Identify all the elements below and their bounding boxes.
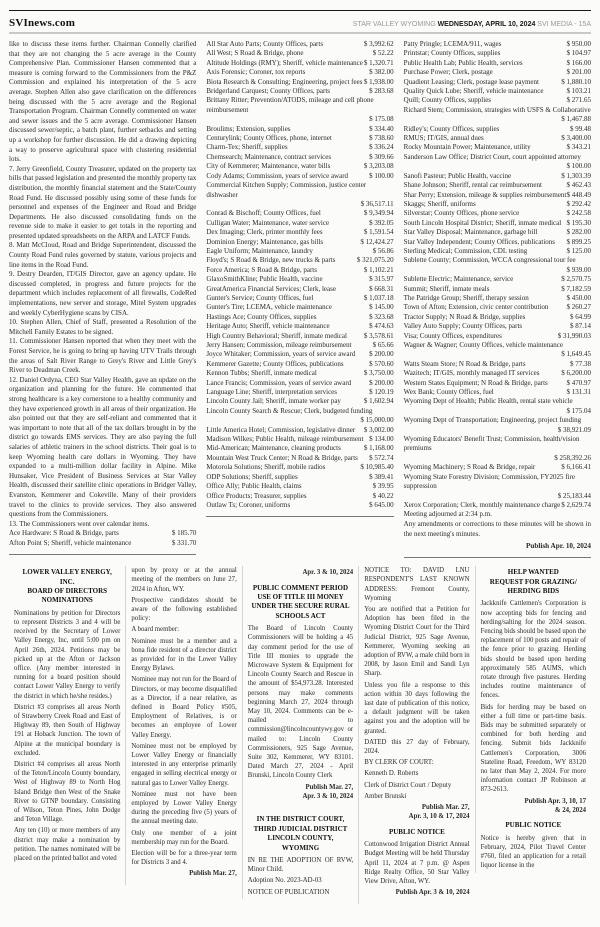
paragraph: IN RE THE ADOPTION OF RVW, Minor Child. xyxy=(248,856,353,874)
ledger-item-description: Skaggs; Sheriff, uniforms xyxy=(404,200,476,209)
ledger-item: Summit; Sheriff, inmate meals $ 7,182.59 xyxy=(404,285,591,294)
ledger-item: Office Products; Treasurer, supplies $ 4… xyxy=(206,492,393,501)
notice-column-4: NOTICE TO: DAVID LNU RESPONDENT'S LAST K… xyxy=(358,566,474,904)
ledger-item-amount: $ 99.48 xyxy=(570,125,591,134)
ledger-item-amount: $ 242.58 xyxy=(566,209,591,218)
paragraph: Kenneth D. Roberts xyxy=(364,769,469,778)
ledger-item-amount: $ 309.66 xyxy=(369,153,394,162)
ledger-item-description: Mountain West Truck Center; N Road & Bri… xyxy=(206,454,358,463)
ledger-item-description: Wazitech; IT/GIS, monthly managed IT ser… xyxy=(404,369,540,378)
dateline-edition: SVI MEDIA - 15A xyxy=(535,21,591,28)
page-header: SVInews.com STAR VALLEY WYOMING WEDNESDA… xyxy=(9,11,591,34)
ledger-item-amount: $ 131.31 xyxy=(566,388,591,397)
ledger-item-description: South Lincoln Hospital District; Sheriff… xyxy=(404,219,562,228)
ledger-item: Ace Hardware: S Road & Bridge, parts $ 1… xyxy=(9,529,196,538)
notice-text-line: Publish Apr. 3 & 10, 2024 xyxy=(364,888,469,897)
paragraph: District #4 comprises all areas North of… xyxy=(14,760,120,824)
ledger-item: Purchase Power; Clerk, postage $ 201.00 xyxy=(404,68,591,77)
ledger-item: Lincoln County Jail; Sheriff, inmate wor… xyxy=(206,397,393,406)
dateline-date: WEDNESDAY, APRIL 10, 2024 xyxy=(438,21,536,28)
ledger-item: Motorola Solutions; Sheriff, mobile radi… xyxy=(206,463,393,472)
ledger-item-amount: $ 134.00 xyxy=(369,435,394,444)
ledger-item-description: Star Valley Independent; County Offices,… xyxy=(404,238,555,247)
minutes-column-prose: like to discuss these items further. Cha… xyxy=(9,40,196,555)
dateline: STAR VALLEY WYOMING WEDNESDAY, APRIL 10,… xyxy=(353,21,591,28)
ledger-item-amount: $ 389.41 xyxy=(369,473,394,482)
paragraph: Nominee may not run for the Board of Dir… xyxy=(131,675,236,739)
ledger-item: Public Health Lab; Public Health, servic… xyxy=(404,59,591,68)
ledger-item-amount: $ 36,517.11 xyxy=(361,200,394,209)
notice-column-3: Apr. 3 & 10, 2024 PUBLIC COMMENT PERIODU… xyxy=(242,566,358,899)
ledger-item: Mountain West Truck Center; N Road & Bri… xyxy=(206,454,393,463)
liquor-license-heading: PUBLIC NOTICE xyxy=(481,821,586,830)
paragraph: Nominee must be a member and a bona fide… xyxy=(131,637,236,674)
ledger-item: Gunter's Service; County Offices, fuel $… xyxy=(206,294,393,303)
ledger-item: RMUS; IT/GIS, annual dues $ 3,400.00 xyxy=(404,134,591,143)
notice-heading-line: USE OF TITLE III MONEY xyxy=(248,593,353,602)
ledger-item-amount: $ 166.00 xyxy=(566,59,591,68)
ledger-item-amount: $ 258,392.26 xyxy=(554,454,591,463)
ledger-item: Brittany Ritter; Prevention/ATODS, milea… xyxy=(206,96,393,124)
ledger-item: Shar Perry; Extension, mileage & supplie… xyxy=(404,191,591,200)
ledger-column-1: All Star Auto Parts; County Offices, par… xyxy=(206,40,393,517)
ledger-item-amount: $ 1,602.94 xyxy=(364,397,394,406)
ledger-item-amount: $ 39.95 xyxy=(373,482,394,491)
ledger-item-amount: $ 31,990.03 xyxy=(558,332,591,341)
ledger-item-amount: $ 2,570.75 xyxy=(561,275,591,284)
ledger-item-description: Tractor Supply; N Road & Bridge, supplie… xyxy=(404,313,526,322)
ledger-item: Wyoming Machinery; S Road & Bridge, repa… xyxy=(404,463,591,472)
minutes-paragraphs: like to discuss these items further. Cha… xyxy=(9,40,196,529)
notice-text-line: Apr. 3 & 10, 2024 xyxy=(248,792,353,801)
ledger-item-amount: $ 1,467.88 xyxy=(561,115,591,124)
ledger-item: Charm-Tex; Sheriff, supplies $ 336.24 xyxy=(206,143,393,152)
notice-heading-line: BOARD OF DIRECTORS xyxy=(14,587,120,596)
ledger-item: Lance Francis; Commission, years of serv… xyxy=(206,379,393,388)
paragraph: 9. Destry Dearden, IT/GIS Director, gave… xyxy=(9,270,196,318)
paragraph: like to discuss these items further. Cha… xyxy=(9,40,196,165)
ledger-item-amount: $ 100.00 xyxy=(566,162,591,171)
ledger-item: Printstar; County Offices, supplies $ 10… xyxy=(404,49,591,58)
ledger-item: Sanderson Law Office; District Court, co… xyxy=(404,153,591,172)
ledger-item-amount: $ 392.05 xyxy=(369,219,394,228)
ledger-item: Quadient Leasing; Clerk, postage lease p… xyxy=(404,78,591,87)
ledger-item-description: Wagner & Wagner; County Offices, vehicle… xyxy=(404,341,563,350)
ledger-item-amount: $ 570.60 xyxy=(369,360,394,369)
paragraph: Jackknife Cattlemen's Corporation is now… xyxy=(481,599,586,700)
ledger-item-description: Joyce Whitaker; Commission, years of ser… xyxy=(206,350,355,359)
minutes-col1-ledger: Ace Hardware: S Road & Bridge, parts $ 1… xyxy=(9,529,196,548)
paragraph: 7. Jerry Greenfield, County Treasurer, u… xyxy=(9,165,196,242)
ledger-item: Force America; S Road & Bridge, parts $ … xyxy=(206,266,393,275)
ledger-item-description: Mid-American; Maintenance, cleaning prod… xyxy=(206,444,341,453)
ledger-item-description: Wyoming Machinery; S Road & Bridge, repa… xyxy=(404,463,536,472)
ledger-item: Silverstar; County Offices, phone servic… xyxy=(404,209,591,218)
ledger-item-description: Sublette County; Commission, WCCA congre… xyxy=(404,256,576,265)
cottonwood-notice-heading: PUBLIC NOTICE xyxy=(364,828,469,837)
ledger-item-description: Sanderson Law Office; District Court, co… xyxy=(404,153,581,162)
ledger-item: Rocky Mountain Power; Maintenance, utili… xyxy=(404,143,591,152)
paragraph: 13. The Commissioners went over calendar… xyxy=(9,520,196,530)
ledger-item-description: Afton Point S; Sheriff, vehicle maintena… xyxy=(9,539,131,548)
ledger-item-amount: $ 343.21 xyxy=(566,143,591,152)
ledger-item-amount: $ 77.38 xyxy=(570,360,591,369)
title3-notice-body: The Board of Lincoln County Commissioner… xyxy=(248,624,353,780)
ledger-item-amount: $ 3,992.62 xyxy=(364,40,394,49)
ledger-item-description: Force America; S Road & Bridge, parts xyxy=(206,266,317,275)
ledger-item-description: High Country Behavioral; Sheriff, inmate… xyxy=(206,332,347,341)
ledger-item-description: Language Line; Sheriff, interpretation s… xyxy=(206,388,337,397)
ledger-item-amount: $ 15,000.00 xyxy=(360,416,393,425)
ledger-item-description: Shar Perry; Extension, mileage & supplie… xyxy=(404,191,567,200)
paragraph: Any ten (10) or more members of any dist… xyxy=(14,826,120,863)
ledger-item-amount: $ 271.65 xyxy=(566,96,591,105)
ledger-item-amount: $ 201.00 xyxy=(566,68,591,77)
ledger-item: Wex Bank; County Offices, fuel $ 131.31 xyxy=(404,388,591,397)
ledger-item: Kemmerer Gazette; County Offices, public… xyxy=(206,360,393,369)
ledger-item: Sterling Medical; Commission, CDL testin… xyxy=(404,247,591,256)
ledger-item-amount: $ 10,985.40 xyxy=(360,463,393,472)
ledger-item-amount: $ 462.43 xyxy=(566,181,591,190)
notice-heading-line: HERDING BIDS xyxy=(481,587,586,596)
ledger-item: Commercial Kitchen Supply; Commission, j… xyxy=(206,181,393,209)
ledger-item: Centurylink; County Offices, phone, inte… xyxy=(206,134,393,143)
ledger-item: Dominion Energy; Maintenance, gas bills … xyxy=(206,238,393,247)
ledger-item-amount: $ 3,750.00 xyxy=(364,369,394,378)
ledger-item-amount: $ 12,424.27 xyxy=(360,238,393,247)
ledger-item: Eagle Uniform; Maintenance, laundry $ 56… xyxy=(206,247,393,256)
ledger-item-amount: $ 282.00 xyxy=(566,228,591,237)
ledger-item: The Patridge Group; Sheriff, therapy ses… xyxy=(404,294,591,303)
ledger-item-amount: $ 3,002.00 xyxy=(364,426,394,435)
ledger-item-description: Valley Auto Supply; County Offices, part… xyxy=(404,322,522,331)
ledger-item-description: Rocky Mountain Power; Maintenance, utili… xyxy=(404,143,531,152)
ledger-item-amount: $ 1,102.21 xyxy=(364,266,394,275)
notice-text-line: Apr. 3, 10 & 17, 2024 xyxy=(364,812,469,821)
adoption-notice-publish: Publish Mar. 27,Apr. 3, 10 & 17, 2024 xyxy=(364,803,469,822)
ledger-item: Tractor Supply; N Road & Bridge, supplie… xyxy=(404,313,591,322)
notice-heading-line: LINCOLN COUNTY, xyxy=(248,834,353,843)
ledger-item-description: Chemsearch; Maintenance, contract servic… xyxy=(206,153,331,162)
ledger-item-description: Silverstar; County Offices, phone servic… xyxy=(404,209,520,218)
ledger-item-amount: $ 64.99 xyxy=(570,313,591,322)
paragraph: NOTICE TO: DAVID LNU RESPONDENT'S LAST K… xyxy=(364,566,469,603)
ledger-column-2: Patty Pringle; LCEMA/911, wages $ 950.00… xyxy=(404,40,591,558)
ledger-item-description: All West; S Road & Bridge, phone xyxy=(206,49,303,58)
ledger-item: Star Valley Independent; County Offices,… xyxy=(404,238,591,247)
paragraph: BY CLERK OF COURT: xyxy=(364,758,469,767)
ledger-item-description: Wyoming State Forestry Division; Commiss… xyxy=(404,473,591,492)
ledger-item-amount: $ 3,578.61 xyxy=(364,332,394,341)
ledger-item-description: Summit; Sheriff, inmate meals xyxy=(404,285,490,294)
ledger-item-description: Hastings Ace; County Offices, supplies xyxy=(206,313,316,322)
ledger-item-description: City of Kemmerer; Maintenance, water bil… xyxy=(206,162,330,171)
paragraph: Prospective candidates should be aware o… xyxy=(131,596,236,624)
site-name: SVInews.com xyxy=(9,17,75,29)
ledger-item: Shane Johnson; Sheriff, rental car reimb… xyxy=(404,181,591,190)
ledger-item-amount: $ 450.00 xyxy=(566,294,591,303)
minutes-closing: Meeting adjourned at 2:34 p.m.Any amendm… xyxy=(404,510,591,539)
ledger-item-amount: $ 145.00 xyxy=(369,303,394,312)
ledger-item-description: Wex Bank; County Offices, fuel xyxy=(404,388,494,397)
ledger-item-description: RMUS; IT/GIS, annual dues xyxy=(404,134,484,143)
ledger-item-description: Patty Pringle; LCEMA/911, wages xyxy=(404,40,502,49)
ledger-item-amount: $ 1,037.18 xyxy=(364,294,394,303)
paragraph: Unless you file a response to this actio… xyxy=(364,681,469,736)
ledger-item-description: GlaxoSmithKline; Public Health, vaccine xyxy=(206,275,322,284)
ledger-item: Xerox Corporation; Clerk, monthly mainte… xyxy=(404,501,591,510)
ledger-item-description: Charm-Tex; Sheriff, supplies xyxy=(206,143,287,152)
ledger-item-description: ODP Solutions; Sheriff, supplies xyxy=(206,473,297,482)
ledger-item-description: Sublette Electric; Maintenance, service xyxy=(404,275,514,284)
ledger-item-amount: $ 470.97 xyxy=(566,379,591,388)
paragraph: You are notified that a Petition for Ado… xyxy=(364,605,469,679)
ledger-item-amount: $ 382.00 xyxy=(369,68,394,77)
paragraph: NOTICE OF PUBLICATION xyxy=(248,888,353,897)
paragraph: Any amendments or corrections to these m… xyxy=(404,520,591,539)
notice-heading-line: UNDER THE SECURE RURAL xyxy=(248,602,353,611)
ledger-item-amount: $ 283.68 xyxy=(369,87,394,96)
paragraph: Nominations by petition for Directors to… xyxy=(14,609,120,701)
ledger-item-amount: $ 7,182.59 xyxy=(561,285,591,294)
ledger-item: Town of Afton; Extension, civic center c… xyxy=(404,303,591,312)
ledger-item: Axis Forensic; Coroner, tox reports $ 38… xyxy=(206,68,393,77)
ledger-item-amount: $ 645.00 xyxy=(369,501,394,510)
ledger-item-amount: $ 104.97 xyxy=(566,49,591,58)
paragraph: District #3 comprises all areas North of… xyxy=(14,703,120,758)
paragraph: Nominee must not have been employed by L… xyxy=(131,790,236,827)
ledger-item: Mid-American; Maintenance, cleaning prod… xyxy=(206,444,393,453)
ledger-item-description: Wyoming Dept of Transportation; Engineer… xyxy=(404,416,581,425)
ledger-item: Jerry Hansen; Commission, mileage reimbu… xyxy=(206,341,393,350)
ledger-item: Office Ally; Public Health, claims $ 39.… xyxy=(206,482,393,491)
ledger-item-amount: $ 25,183.44 xyxy=(558,492,591,501)
ledger-item: Bridgerland Carquest; County Offices, pa… xyxy=(206,87,393,96)
paragraph: Clerk of District Court / Deputy xyxy=(364,781,469,790)
ledger-item-amount: $ 572.74 xyxy=(369,454,394,463)
ledger-item-description: Quill; County Offices, supplies xyxy=(404,96,491,105)
paragraph: Election will be for a three-year term f… xyxy=(131,849,236,867)
ledger-item-description: Floyd's; S Road & Bridge, new trucks & p… xyxy=(206,256,335,265)
ledger-item-amount: $ 668.31 xyxy=(369,285,394,294)
ledger-item-description: Heritage Auto; Sheriff, vehicle maintena… xyxy=(206,322,329,331)
paragraph: 10. Stephen Allen, Chief of Staff, prese… xyxy=(9,318,196,337)
ledger-item-description: Altitude Holdings (RMY); Sheriff, vehicl… xyxy=(206,59,363,68)
ledger-item-amount: $ 315.97 xyxy=(369,275,394,284)
ledger-column-2-items: Patty Pringle; LCEMA/911, wages $ 950.00… xyxy=(404,40,591,510)
ledger-item: Chemsearch; Maintenance, contract servic… xyxy=(206,153,393,162)
ledger-item-amount: $ 200.00 xyxy=(369,379,394,388)
ledger-item-description: Wyoming Educators' Benefit Trust; Commis… xyxy=(404,435,591,454)
paragraph: The Board of Lincoln County Commissioner… xyxy=(248,624,353,780)
lve-notice-publish-continued: Apr. 3 & 10, 2024 xyxy=(248,568,353,577)
ledger-item: Wyoming Dept of Transportation; Engineer… xyxy=(404,416,591,435)
ledger-item-amount: $ 899.25 xyxy=(566,238,591,247)
ledger-item-description: Ace Hardware: S Road & Bridge, parts xyxy=(9,529,119,538)
ledger-item: Broulims; Extension, supplies $ 334.40 xyxy=(206,125,393,134)
ledger-item: Wazitech; IT/GIS, monthly managed IT ser… xyxy=(404,369,591,378)
ledger-item-description: Eagle Uniform; Maintenance, laundry xyxy=(206,247,313,256)
ledger-item-description: GreatAmerica Financial Services; Clerk, … xyxy=(206,285,336,294)
ledger-item-description: Watts Steam Store; N Road & Bridge, part… xyxy=(404,360,526,369)
notice-text-line: Apr. 3 & 10, 2024 xyxy=(248,568,353,577)
ledger-item-amount: $ 1,649.45 xyxy=(561,350,591,359)
ledger-item: Little America Hotel; Commission, legisl… xyxy=(206,426,393,435)
paragraph: Only one member of a joint membership ma… xyxy=(131,829,236,847)
ledger-item: Wyoming Educators' Benefit Trust; Commis… xyxy=(404,435,591,463)
notice-heading-line: SCHOOLS ACT xyxy=(248,612,353,621)
ledger-item-amount: $ 292.42 xyxy=(566,200,591,209)
ledger-item-description: Office Products; Treasurer, supplies xyxy=(206,492,306,501)
ledger-item-description: Town of Afton; Extension, civic center c… xyxy=(404,303,549,312)
grazing-bids-heading: HELP WANTEDREQUEST FOR GRAZING/HERDING B… xyxy=(481,568,586,596)
ledger-item: Visa; County Offices, expenditures $ 31,… xyxy=(404,332,591,341)
ledger-item: Heritage Auto; Sheriff, vehicle maintena… xyxy=(206,322,393,331)
ledger-item-description: Lincoln County Search & Rescue; Clerk, b… xyxy=(206,407,372,416)
ledger-item-amount: $ 1,303.39 xyxy=(561,172,591,181)
ledger-item-amount: $ 950.00 xyxy=(566,40,591,49)
spacer xyxy=(248,807,353,813)
notice-heading-line: PUBLIC NOTICE xyxy=(481,821,586,830)
ledger-item-description: Richard Stem; Commission, strategies wit… xyxy=(404,106,591,115)
ledger-item-description: Shane Johnson; Sheriff, rental car reimb… xyxy=(404,181,542,190)
ledger-item-amount: $ 323.68 xyxy=(369,313,394,322)
ledger-item-amount: $ 474.63 xyxy=(369,322,394,331)
ledger-item-amount: $ 185.70 xyxy=(172,529,197,538)
ledger-item-amount: $ 260.27 xyxy=(566,303,591,312)
notice-text-line: Publish Mar. 27, xyxy=(364,803,469,812)
lve-notice-publish: Publish Mar. 27, xyxy=(131,869,236,878)
ledger-item: All West; S Road & Bridge, phone $ 52.22 xyxy=(206,49,393,58)
ledger-item: Conrad & Bischoff; County Offices, fuel … xyxy=(206,209,393,218)
notice-heading-line: THIRD JUDICIAL DISTRICT xyxy=(248,825,353,834)
ledger-item: Wyoming State Forestry Division; Commiss… xyxy=(404,473,591,501)
ledger-item-description: Star Valley Disposal; Maintenance, garba… xyxy=(404,228,538,237)
ledger-item-amount: $ 336.24 xyxy=(369,143,394,152)
ledger-item-amount: $ 125.00 xyxy=(566,247,591,256)
ledger-item-amount: $ 40.22 xyxy=(373,492,394,501)
ledger-item: Outlaw Ts; Coroner, uniforms $ 645.00 xyxy=(206,501,393,510)
legal-notices-section: LOWER VALLEY ENERGY,INC.BOARD OF DIRECTO… xyxy=(9,558,591,904)
paragraph: Cottonwood Irrigation District Annual Bu… xyxy=(364,840,469,886)
ledger-item-description: Sterling Medical; Commission, CDL testin… xyxy=(404,247,528,256)
ledger-item-description: Kennon Tubbs; Sheriff, inmate medical xyxy=(206,369,317,378)
notice-text-line: Publish Mar. 27, xyxy=(248,783,353,792)
paragraph: Notice is hereby given that in February,… xyxy=(481,834,586,871)
ledger-item: Watts Steam Store; N Road & Bridge, part… xyxy=(404,360,591,369)
notice-heading-line: IN THE DISTRICT COURT, xyxy=(248,815,353,824)
title3-notice-publish: Publish Mar. 27,Apr. 3 & 10, 2024 xyxy=(248,783,353,802)
ledger-item: Madison Wilkes; Public Health, mileage r… xyxy=(206,435,393,444)
notice-column-5: HELP WANTEDREQUEST FOR GRAZING/HERDING B… xyxy=(475,566,591,873)
ledger-item-amount: $ 175.08 xyxy=(369,115,394,124)
ledger-item-amount: $ 939.00 xyxy=(566,266,591,275)
paragraph: Nominee must not be employed by Lower Va… xyxy=(131,742,236,788)
paragraph: A board member: xyxy=(131,625,236,634)
ledger-item-amount: $ 3,400.00 xyxy=(561,134,591,143)
notice-column-2: upon by proxy or at the annual meeting o… xyxy=(125,566,241,885)
ledger-item: Quill; County Offices, supplies $ 271.65 xyxy=(404,96,591,105)
cottonwood-notice-publish: Publish Apr. 3 & 10, 2024 xyxy=(364,888,469,897)
ledger-item: Star Valley Disposal; Maintenance, garba… xyxy=(404,228,591,237)
notice-heading-line: LOWER VALLEY ENERGY, xyxy=(14,568,120,577)
ledger-item-description: Xerox Corporation; Clerk, monthly mainte… xyxy=(404,501,561,510)
ledger-item-description: Dominion Energy; Maintenance, gas bills xyxy=(206,238,323,247)
ledger-item: Quality Quick Lube; Sheriff, vehicle mai… xyxy=(404,87,591,96)
ledger-item-description: Public Health Lab; Public Health, servic… xyxy=(404,59,523,68)
ledger-item-amount: $ 448.49 xyxy=(566,191,591,200)
ledger-item-description: Wyoming Dept of Health; Public Health, r… xyxy=(404,397,573,406)
ledger-item: Ridley's; County Offices, supplies $ 99.… xyxy=(404,125,591,134)
lve-notice-body-col2: upon by proxy or at the annual meeting o… xyxy=(131,566,236,867)
paragraph: Bids for herding may be based on either … xyxy=(481,703,586,795)
ledger-item: Wagner & Wagner; County Offices, vehicle… xyxy=(404,341,591,360)
ledger-item-description: Gunter's Service; County Offices, fuel xyxy=(206,294,313,303)
notice-heading-line: PUBLIC COMMENT PERIOD xyxy=(248,584,353,593)
ledger-item: Kennon Tubbs; Sheriff, inmate medical $ … xyxy=(206,369,393,378)
paragraph: DATED this 27 day of February, 2024. xyxy=(364,738,469,756)
ledger-item-description: Culligan Water; Maintenance, water servi… xyxy=(206,219,329,228)
notice-text-line: Publish Apr. 3, 10, 17 xyxy=(481,797,586,806)
lve-notice-title: LOWER VALLEY ENERGY,INC.BOARD OF DIRECTO… xyxy=(14,568,120,606)
ledger-item-description: Dex Imaging; Clerk, printer monthly fees xyxy=(206,228,322,237)
notice-heading-line: NOMINATIONS xyxy=(14,596,120,605)
ledger-item-description: Printstar; County Offices, supplies xyxy=(404,49,501,58)
notice-heading-line: INC. xyxy=(14,578,120,587)
ledger-item-amount: $ 9,349.94 xyxy=(364,209,394,218)
ledger-item-description: Purchase Power; Clerk, postage xyxy=(404,68,493,77)
ledger-item-description: The Patridge Group; Sheriff, therapy ses… xyxy=(404,294,529,303)
notice-heading-line: PUBLIC NOTICE xyxy=(364,828,469,837)
ledger-item-amount: $ 331.70 xyxy=(172,539,197,548)
ledger-item: Hastings Ace; County Offices, supplies $… xyxy=(206,313,393,322)
ledger-item: GlaxoSmithKline; Public Health, vaccine … xyxy=(206,275,393,284)
ledger-item: Biota Research & Consulting; Engineering… xyxy=(206,78,393,87)
ledger-item: ODP Solutions; Sheriff, supplies $ 389.4… xyxy=(206,473,393,482)
ledger-item-description: Bridgerland Carquest; County Offices, pa… xyxy=(206,87,330,96)
ledger-item-amount: $ 6,200.00 xyxy=(561,369,591,378)
ledger-item-amount: $ 200.00 xyxy=(369,350,394,359)
ledger-item-description: Quality Quick Lube; Sheriff, vehicle mai… xyxy=(404,87,544,96)
ledger-item: Gunter's Tire; LCEMA, vehicle maintenanc… xyxy=(206,303,393,312)
ledger-item-description: Motorola Solutions; Sheriff, mobile radi… xyxy=(206,463,325,472)
ledger-item-amount: $ 3,203.08 xyxy=(364,162,394,171)
ledger-item: Patty Pringle; LCEMA/911, wages $ 950.00 xyxy=(404,40,591,49)
ledger-item-amount: $ 738.60 xyxy=(369,134,394,143)
ledger-item-description: Western States Equipment; N Road & Bridg… xyxy=(404,379,548,388)
ledger-item-amount: $ 334.40 xyxy=(369,125,394,134)
ledger-item-amount: $ 6,166.41 xyxy=(561,463,591,472)
paragraph: 12. Daniel Ordyna, CEO Star Valley Healt… xyxy=(9,376,196,520)
ledger-item-description: Lance Francis; Commission, years of serv… xyxy=(206,379,351,388)
paragraph: upon by proxy or at the annual meeting o… xyxy=(131,566,236,594)
ledger-item-amount: $ 87.14 xyxy=(570,322,591,331)
ledger-item-description: Jerry Hansen; Commission, mileage reimbu… xyxy=(206,341,351,350)
paragraph: 11. Commissioner Hansen reported that wh… xyxy=(9,337,196,375)
ledger-item-amount: $ 1,320.71 xyxy=(364,59,394,68)
ledger-item-amount: $ 2,629.74 xyxy=(561,501,591,510)
ledger-item-description: Broulims; Extension, supplies xyxy=(206,125,290,134)
ledger-item: Lincoln County Search & Rescue; Clerk, b… xyxy=(206,407,393,426)
notice-heading-line: HELP WANTED xyxy=(481,568,586,577)
minutes-section: like to discuss these items further. Cha… xyxy=(9,34,591,558)
ledger-item-description: Kemmerer Gazette; County Offices, public… xyxy=(206,360,343,369)
paragraph: Adoption No. 2023-AD-03 xyxy=(248,876,353,885)
ledger-item: Western States Equipment; N Road & Bridg… xyxy=(404,379,591,388)
ledger-item-amount: $ 175.04 xyxy=(566,407,591,416)
grazing-bids-body: Jackknife Cattlemen's Corporation is now… xyxy=(481,599,586,794)
ledger-item-amount: $ 1,880.10 xyxy=(561,78,591,87)
